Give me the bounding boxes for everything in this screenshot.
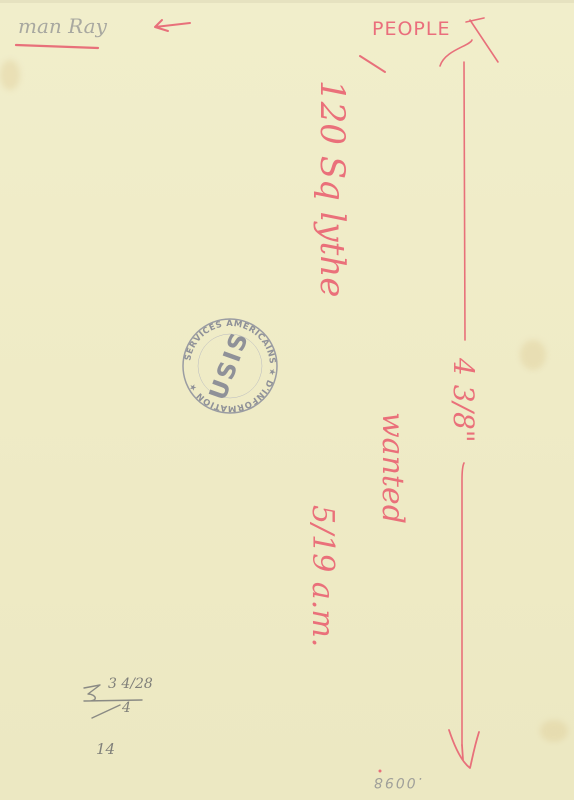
- pencil-note: 14: [96, 740, 115, 758]
- arrow-up-icon: [440, 18, 498, 66]
- svg-text:USIS: USIS: [204, 328, 255, 404]
- crop-marks-drawing: [0, 0, 574, 800]
- usis-stamp: SERVICES AMERICAINS ★ D'INFORMATION ★ US…: [180, 316, 280, 416]
- ink-dot: [379, 770, 382, 773]
- crop-line-top: [464, 62, 465, 340]
- slash-mark: [360, 56, 385, 72]
- stamp-seal-icon: SERVICES AMERICAINS ★ D'INFORMATION ★ US…: [180, 316, 280, 416]
- size-instruction-text: 120 Sq lythe: [312, 80, 352, 297]
- serial-number: .0098: [372, 774, 422, 790]
- arrow-left-icon: [155, 20, 190, 31]
- date-time-text: 5/19 a.m.: [305, 505, 340, 647]
- status-text: wanted: [375, 412, 410, 524]
- dimension-text: 4 3/8": [447, 358, 480, 443]
- underline-mark: [16, 45, 98, 48]
- crop-line-bottom: [462, 463, 464, 745]
- pencil-fraction-bottom: 4: [122, 700, 131, 716]
- photo-verso: man Ray PEOPLE 120 Sq lythe 4 3/8" wante…: [0, 0, 574, 800]
- pencil-fraction-top: 3 4/28: [108, 676, 153, 692]
- arrow-down-icon: [449, 730, 479, 768]
